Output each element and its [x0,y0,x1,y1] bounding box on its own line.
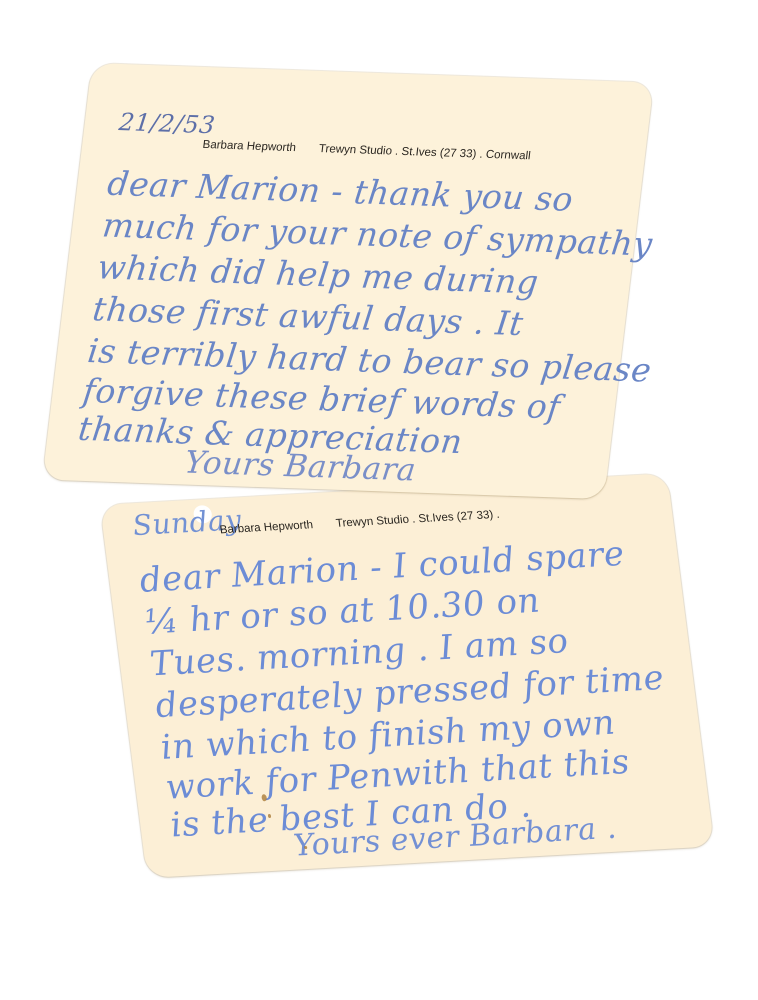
letterhead-address: Trewyn Studio . St.Ives (27 33) . [335,509,500,530]
foxing-spot [268,814,271,818]
printed-letterhead: Barbara Hepworth Trewyn Studio . St.Ives… [202,139,531,162]
foxing-spot [304,846,307,849]
foxing-spot [261,794,267,801]
printed-letterhead: Barbara Hepworth Trewyn Studio . St.Ives… [219,509,500,537]
letter-card-sunday: Sunday Barbara Hepworth Trewyn Studio . … [100,473,714,878]
handwritten-day: Sunday [131,503,244,542]
letterhead-name: Barbara Hepworth [202,139,297,154]
signature: Yours Barbara [183,445,418,489]
letterhead-address: Trewyn Studio . St.Ives (27 33) . Cornwa… [318,143,531,162]
handwritten-date: 21/2/53 [117,108,216,139]
letter-card-sympathy: 21/2/53 Barbara Hepworth Trewyn Studio .… [42,63,653,499]
